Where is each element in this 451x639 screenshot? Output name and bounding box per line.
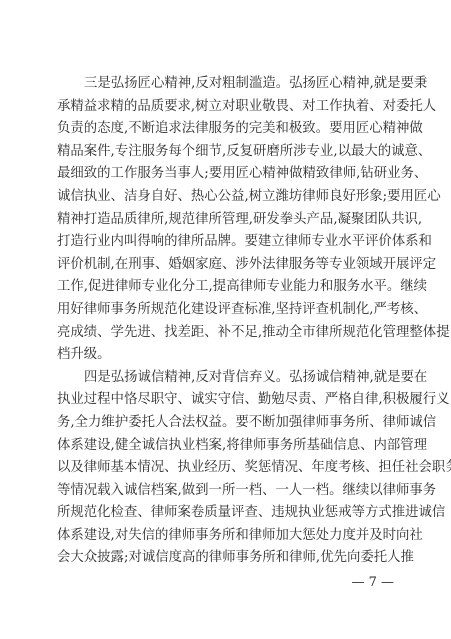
paragraph-3-line: 评价机制,在刑事、婚姻家庭、涉外法律服务等专业领域开展评定 bbox=[57, 254, 394, 277]
paragraph-3-line: 精品案件,专注服务每个细节,反复研磨所涉专业,以最大的诚意、 bbox=[57, 141, 394, 164]
paragraph-3-line: 精神打造品质律所,规范律所管理,研发拳头产品,凝聚团队共识, bbox=[57, 209, 394, 232]
paragraph-4-line: 以及律师基本情况、执业经历、奖惩情况、年度考核、担任社会职务 bbox=[57, 457, 394, 480]
paragraph-3-line: 亮成绩、学先进、找差距、补不足,推动全市律所规范化管理整体提 bbox=[57, 322, 394, 345]
page-number: — 7 — bbox=[351, 572, 394, 594]
paragraph-4-line: 体系建设,对失信的律师事务所和律师加大惩处力度并及时向社 bbox=[57, 525, 394, 548]
paragraph-4-line: 会大众披露;对诚信度高的律师事务所和律师,优先向委托人推 bbox=[57, 547, 394, 570]
paragraph-4-line: 四是弘扬诚信精神,反对背信弃义。弘扬诚信精神,就是要在 bbox=[57, 367, 394, 390]
paragraph-3-line: 工作,促进律师专业化分工,提高律师专业能力和服务水平。继续 bbox=[57, 276, 394, 299]
paragraph-3-line: 用好律师事务所规范化建设评查标准,坚持评查机制化,严考核、 bbox=[57, 299, 394, 322]
paragraph-4-line: 等情况载入诚信档案,做到一所一档、一人一档。继续以律师事务 bbox=[57, 480, 394, 503]
paragraph-4-line: 务,全力维护委托人合法权益。要不断加强律师事务所、律师诚信 bbox=[57, 412, 394, 435]
paragraph-3-line: 承精益求精的品质要求,树立对职业敬畏、对工作执着、对委托人 bbox=[57, 96, 394, 119]
paragraph-4-line: 体系建设,健全诚信执业档案,将律师事务所基础信息、内部管理 bbox=[57, 435, 394, 458]
paragraph-3-line: 档升级。 bbox=[57, 344, 394, 367]
paragraph-3-line: 三是弘扬匠心精神,反对粗制滥造。弘扬匠心精神,就是要秉 bbox=[57, 73, 394, 96]
paragraph-3-line: 负责的态度,不断追求法律服务的完美和极致。要用匠心精神做 bbox=[57, 118, 394, 141]
paragraph-3-line: 最细致的工作服务当事人;要用匠心精神做精致律师,钻研业务、 bbox=[57, 163, 394, 186]
paragraph-4-line: 执业过程中恪尽职守、诚实守信、勤勉尽责、严格自律,积极履行义 bbox=[57, 389, 394, 412]
paragraph-3-line: 诚信执业、洁身自好、热心公益,树立潍坊律师良好形象;要用匠心 bbox=[57, 186, 394, 209]
paragraph-4-line: 所规范化检查、律师案卷质量评查、违规执业惩戒等方式推进诚信 bbox=[57, 502, 394, 525]
document-page: 三是弘扬匠心精神,反对粗制滥造。弘扬匠心精神,就是要秉 承精益求精的品质要求,树… bbox=[0, 0, 451, 639]
paragraph-3-line: 打造行业内叫得响的律所品牌。要建立律师专业水平评价体系和 bbox=[57, 231, 394, 254]
body-text: 三是弘扬匠心精神,反对粗制滥造。弘扬匠心精神,就是要秉 承精益求精的品质要求,树… bbox=[57, 73, 394, 570]
